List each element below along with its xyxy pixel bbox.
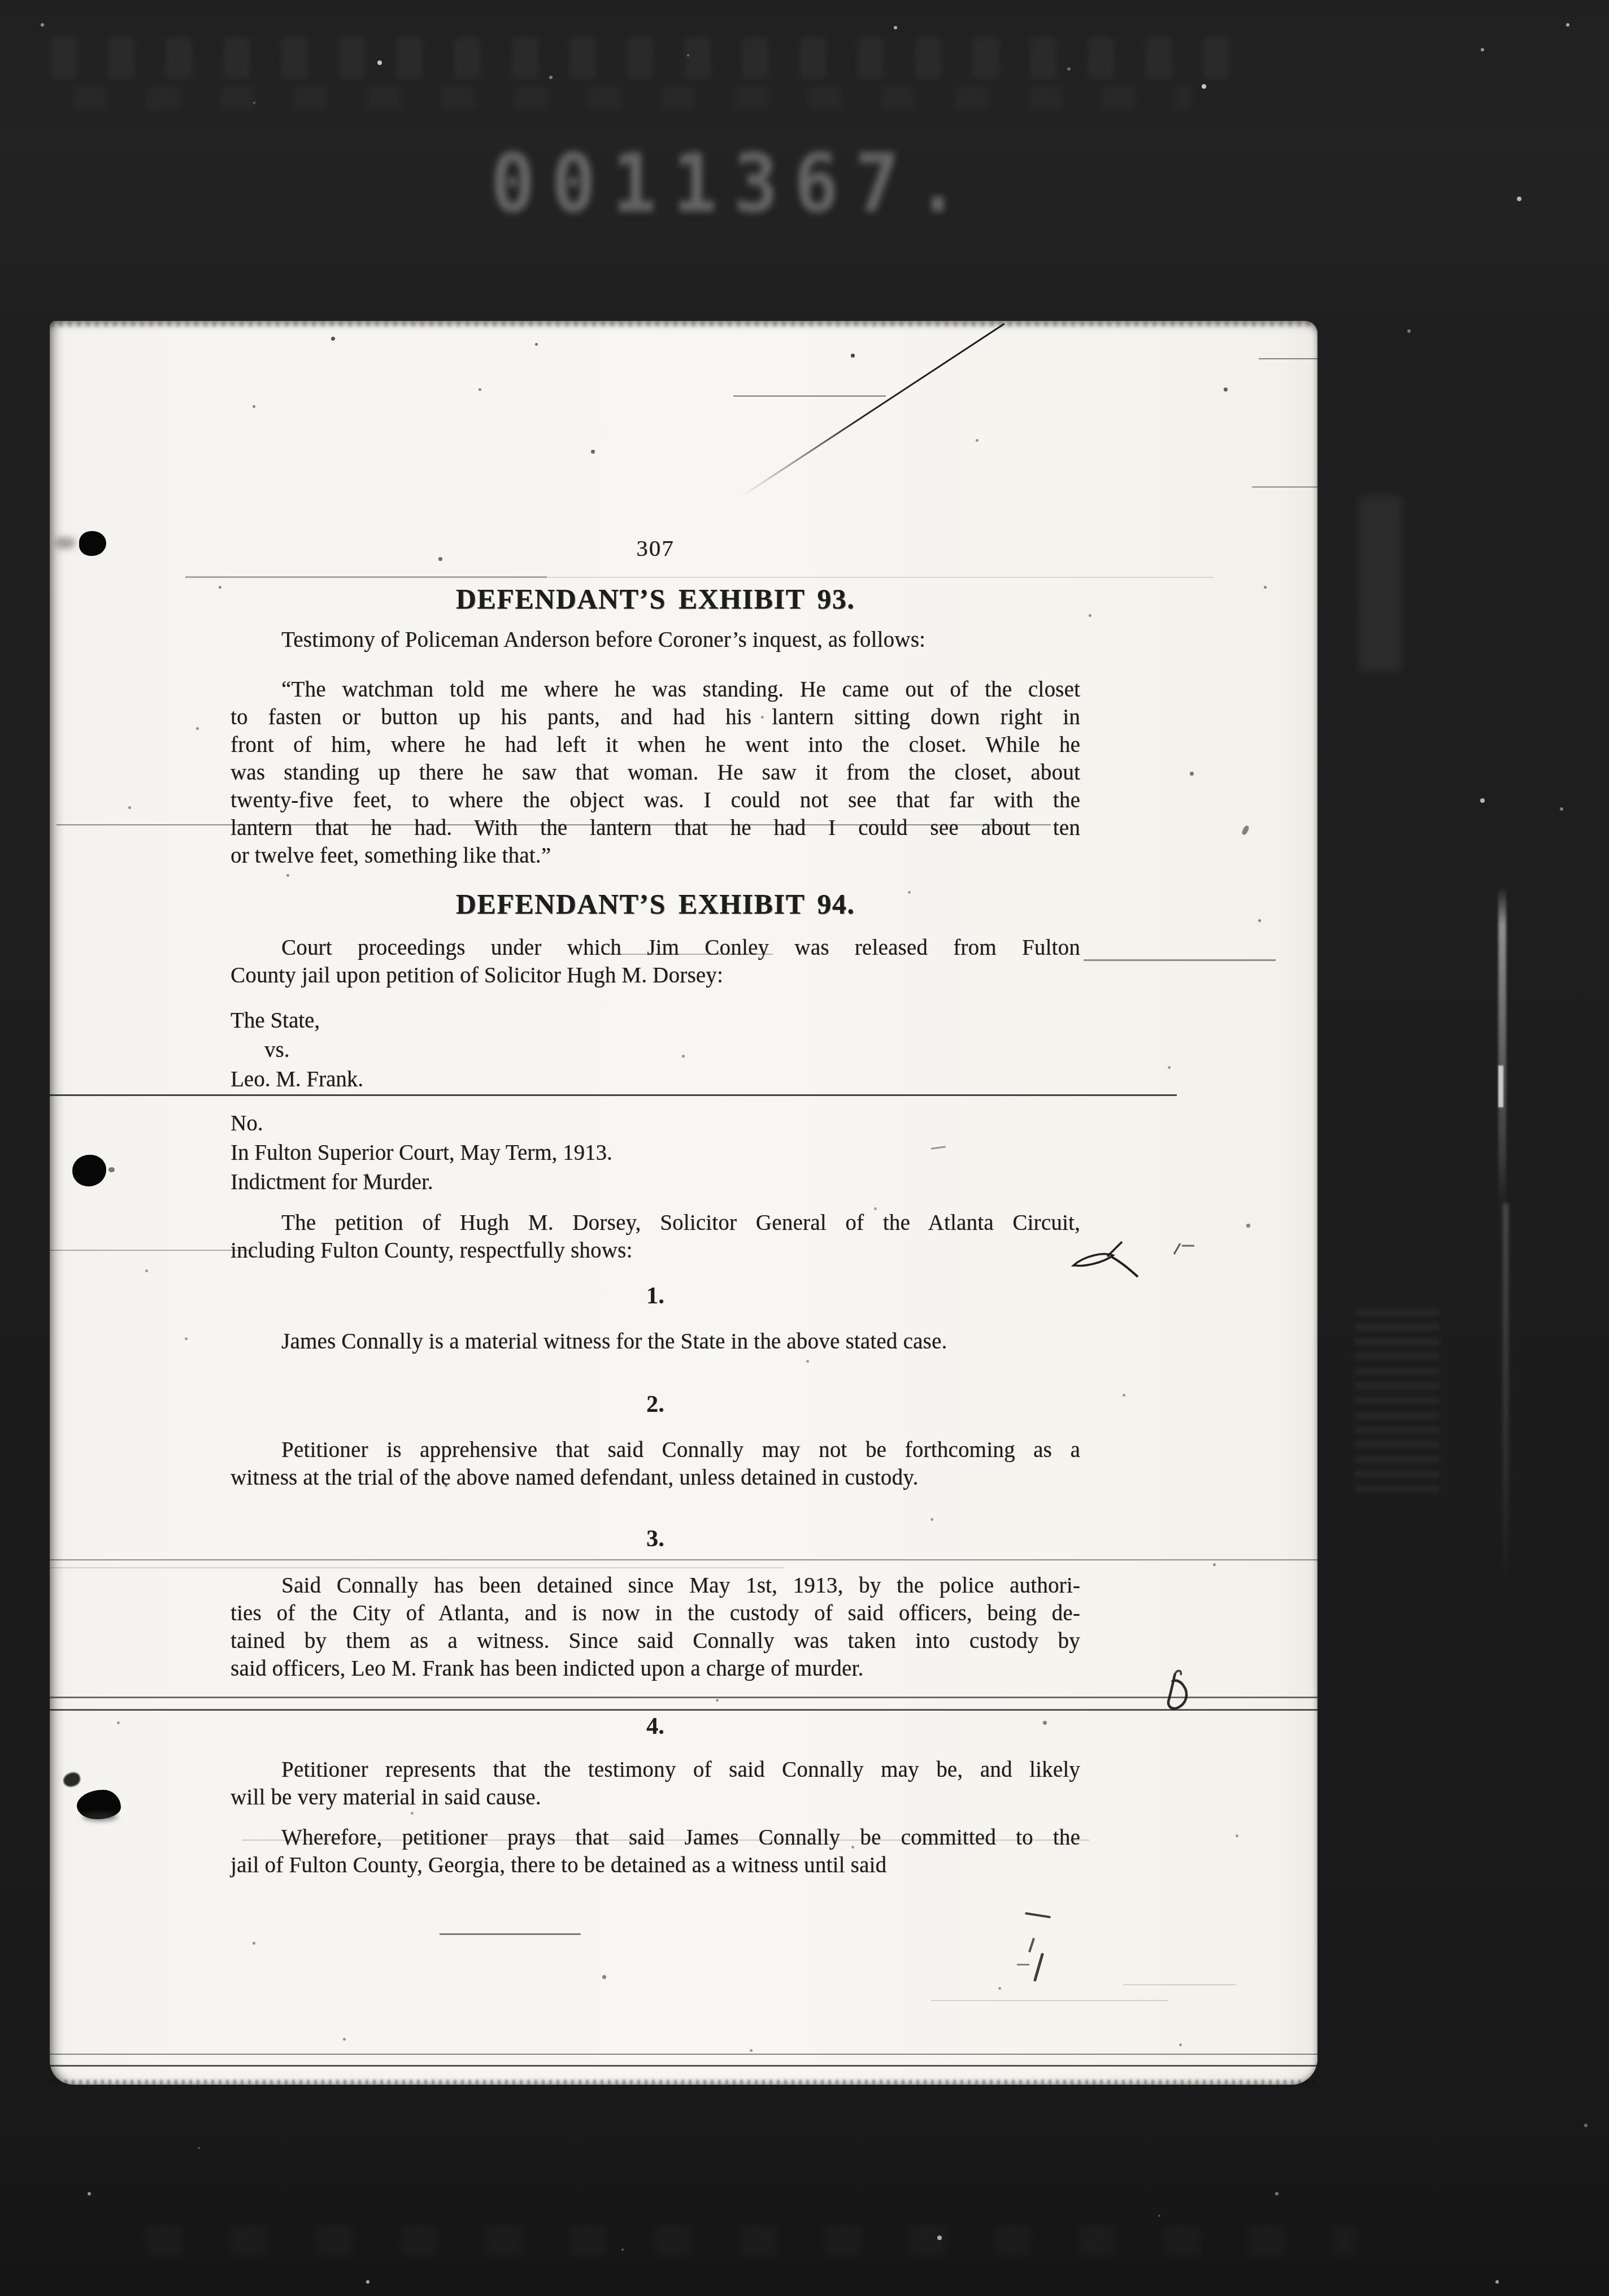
body-line: lantern that he had. With the lantern th… <box>231 814 1080 842</box>
body-line: tained by them as a witness. Since said … <box>231 1627 1080 1655</box>
scan-line <box>50 1709 1317 1711</box>
ink-smudge <box>54 537 76 549</box>
section-number-3: 3. <box>231 1525 1080 1553</box>
document-page: 307 DEFENDANT’S EXHIBIT 93. Testimony of… <box>50 321 1317 2085</box>
section-3: Said Connally has been detained since Ma… <box>231 1572 1080 1682</box>
scan-line <box>50 1559 1317 1560</box>
caption-rule-line <box>50 1094 1177 1096</box>
photostat-scan: 0011367. <box>0 0 1609 2296</box>
body-line: James Connally is a material witness for… <box>231 1328 1080 1355</box>
court-term-line: In Fulton Superior Court, May Term, 1913… <box>231 1139 1080 1167</box>
body-line: front of him, where he had left it when … <box>231 731 1080 759</box>
exhibit-94-intro: Court proceedings under which Jim Conley… <box>231 934 1080 989</box>
film-smudge-top-2 <box>73 86 1192 110</box>
pencil-dash <box>1025 1912 1051 1918</box>
scratch-line <box>440 1933 581 1935</box>
prayer-paragraph: Wherefore, petitioner prays that said Ja… <box>231 1824 1080 1879</box>
scan-line <box>185 576 547 578</box>
body-line: Petitioner represents that the testimony… <box>231 1756 1080 1784</box>
ink-blot <box>79 531 106 556</box>
exhibit-93-heading: DEFENDANT’S EXHIBIT 93. <box>231 585 1080 613</box>
section-4: Petitioner represents that the testimony… <box>231 1756 1080 1811</box>
pencil-stroke <box>1033 1953 1044 1981</box>
case-number-label: No. <box>231 1110 1080 1137</box>
scan-line <box>1123 1984 1236 1985</box>
scratch-line <box>733 395 886 397</box>
party-defendant: Leo. M. Frank. <box>231 1066 1080 1093</box>
film-scratch-streak-2 <box>1503 1203 1508 1588</box>
scan-line <box>50 1567 784 1568</box>
scan-line <box>931 2000 1168 2001</box>
section-number-2: 2. <box>231 1391 1080 1419</box>
body-line: including Fulton County, respectfully sh… <box>231 1237 1080 1264</box>
body-line: said officers, Leo M. Frank has been ind… <box>231 1655 1080 1682</box>
body-line: Said Connally has been detained since Ma… <box>231 1572 1080 1599</box>
film-smudge-top <box>51 37 1254 78</box>
scan-line <box>50 2065 1317 2067</box>
scratch-line <box>1252 486 1317 488</box>
scan-dash <box>1084 959 1276 961</box>
body-line: “The watchman told me where he was stand… <box>231 676 1080 703</box>
body-line: or twelve feet, something like that.” <box>231 842 1080 869</box>
body-line: Court proceedings under which Jim Conley… <box>231 934 1080 962</box>
body-line: jail of Fulton County, Georgia, there to… <box>231 1851 1080 1879</box>
body-line: Petitioner is apprehensive that said Con… <box>231 1436 1080 1464</box>
diagonal-scratch <box>739 323 1004 498</box>
charge-line: Indictment for Murder. <box>231 1168 1080 1196</box>
body-line: was standing up there he saw that woman.… <box>231 759 1080 786</box>
film-smudge-bottom <box>147 2226 1356 2256</box>
pencil-loop-mark <box>1156 1667 1195 1717</box>
film-gray-patch-2 <box>1355 1299 1440 1491</box>
film-scratch-dash <box>1498 1066 1503 1107</box>
body-line: Testimony of Policeman Anderson before C… <box>231 626 1080 654</box>
body-line: County jail upon petition of Solicitor H… <box>231 962 1080 989</box>
section-number-1: 1. <box>231 1282 1080 1310</box>
body-line: to fasten or button up his pants, and ha… <box>231 703 1080 731</box>
body-line: witness at the trial of the above named … <box>231 1464 1080 1491</box>
ink-blot-hole-punch <box>72 1155 106 1186</box>
exhibit-93-quote: “The watchman told me where he was stand… <box>231 676 1080 869</box>
pencil-tick <box>1241 825 1250 836</box>
exhibit-93-intro: Testimony of Policeman Anderson before C… <box>231 626 1080 654</box>
pencil-dash <box>1017 1964 1029 1965</box>
body-line: will be very material in said cause. <box>231 1784 1080 1811</box>
film-dust-specks <box>0 0 2 2</box>
ink-speck <box>108 1167 115 1172</box>
scan-line <box>547 577 1214 578</box>
section-number-4: 4. <box>231 1713 1080 1741</box>
scratch-line <box>1259 358 1317 359</box>
ink-smudge <box>82 1812 118 1821</box>
ink-blot <box>62 1771 81 1789</box>
film-scratch-streak <box>1498 887 1506 1209</box>
body-line: Wherefore, petitioner prays that said Ja… <box>231 1824 1080 1851</box>
scan-line <box>50 2054 1317 2055</box>
section-2: Petitioner is apprehensive that said Con… <box>231 1436 1080 1491</box>
party-plaintiff: The State, <box>231 1007 1080 1034</box>
paper-noise <box>50 321 51 323</box>
versus-label: vs. <box>264 1036 1114 1064</box>
scan-line <box>50 1250 253 1251</box>
pencil-squiggle-mark <box>1067 1240 1202 1287</box>
page-number: 307 <box>231 534 1080 562</box>
scan-line <box>50 1697 1317 1698</box>
pencil-tick <box>1028 1938 1035 1953</box>
exhibit-94-heading: DEFENDANT’S EXHIBIT 94. <box>231 890 1080 918</box>
petition-intro: The petition of Hugh M. Dorsey, Solicito… <box>231 1209 1080 1264</box>
body-line: twenty-five feet, to where the object wa… <box>231 786 1080 814</box>
body-line: The petition of Hugh M. Dorsey, Solicito… <box>231 1209 1080 1237</box>
film-gray-patch <box>1359 496 1401 671</box>
stamp-number: 0011367. <box>490 137 976 231</box>
body-line: ties of the City of Atlanta, and is now … <box>231 1599 1080 1627</box>
section-1: James Connally is a material witness for… <box>231 1328 1080 1355</box>
